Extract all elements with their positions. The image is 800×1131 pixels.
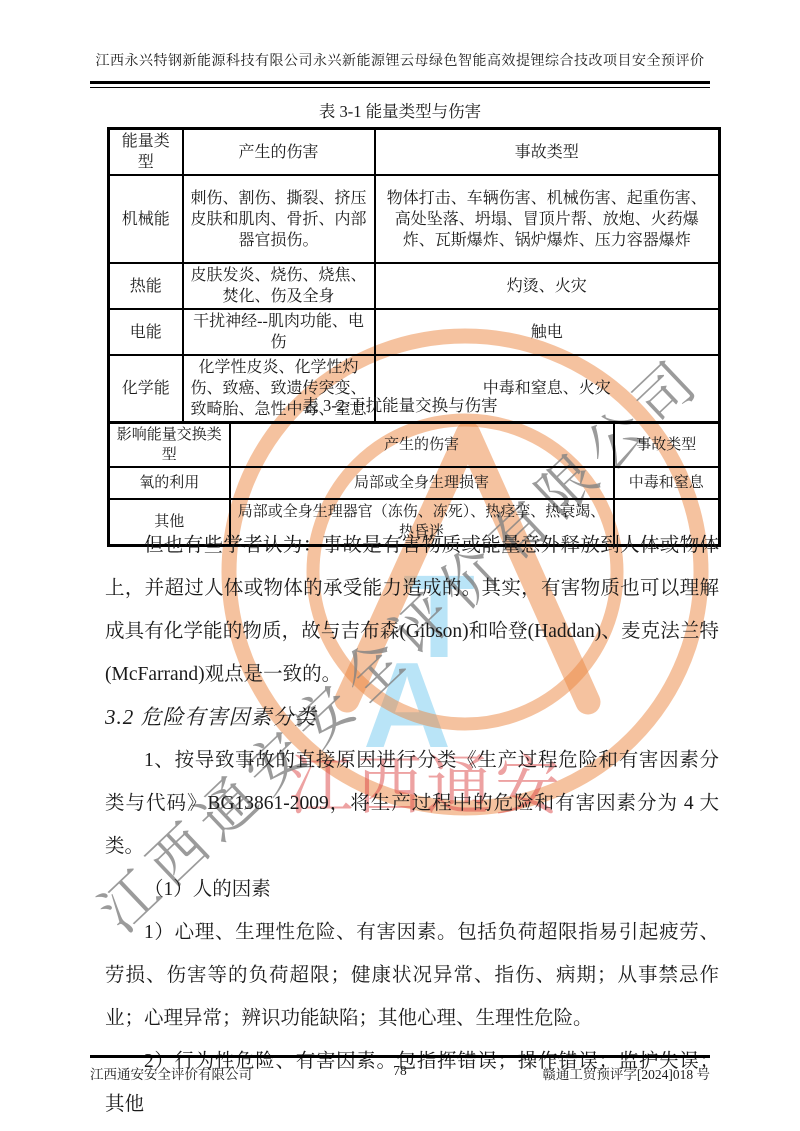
column-header: 事故类型 — [375, 129, 720, 176]
page-content: 江西永兴特钢新能源科技有限公司永兴新能源锂云母绿色智能高效提锂综合技改项目安全预… — [0, 0, 800, 1131]
table-row: 氧的利用 局部或全身生理损害 中毒和窒息 — [109, 467, 720, 499]
cell-injury: 局部或全身生理损害 — [230, 467, 614, 499]
table-header-row: 影响能量交换类型 产生的伤害 事故类型 — [109, 423, 720, 468]
paragraph: （1）人的因素 — [105, 868, 719, 911]
cell-injury: 皮肤发炎、烧伤、烧焦、焚化、伤及全身 — [183, 263, 375, 309]
paragraph: 1、按导致事故的直接原因进行分类《生产过程危险和有害因素分类与代码》BG1386… — [105, 739, 719, 868]
header-rule-thin — [90, 87, 710, 88]
column-header: 影响能量交换类型 — [109, 423, 230, 468]
table-row: 热能 皮肤发炎、烧伤、烧焦、焚化、伤及全身 灼烫、火灾 — [109, 263, 720, 309]
page-footer: 78 江西通安安全评价有限公司 赣通工贸预评字[2024]018 号 — [90, 1063, 710, 1083]
table-row: 电能 干扰神经--肌肉功能、电伤 触电 — [109, 309, 720, 355]
footer-company: 江西通安安全评价有限公司 — [90, 1063, 252, 1083]
section-heading-3-2: 3.2 危险有害因素分类 — [105, 696, 719, 739]
column-header: 事故类型 — [614, 423, 720, 468]
body-text-block: 但也有些学者认为：事故是有害物质或能量意外释放到人体或物体上，并超过人体或物体的… — [105, 524, 719, 1126]
column-header: 能量类型 — [109, 129, 183, 176]
page-header-title: 江西永兴特钢新能源科技有限公司永兴新能源锂云母绿色智能高效提锂综合技改项目安全预… — [90, 50, 710, 70]
table1-title: 表 3-1 能量类型与伤害 — [90, 98, 710, 122]
cell-energy-type: 热能 — [109, 263, 183, 309]
document-page: { "page": { "header_title": "江西永兴特钢新能源科技… — [0, 0, 800, 1131]
column-header: 产生的伤害 — [183, 129, 375, 176]
paragraph: 但也有些学者认为：事故是有害物质或能量意外释放到人体或物体上，并超过人体或物体的… — [105, 524, 719, 696]
cell-accident-type: 触电 — [375, 309, 720, 355]
paragraph: 2）行为性危险、有害因素。包指挥错误；操作错误；监护失误；其他 — [105, 1040, 719, 1126]
cell-accident-type: 灼烫、火灾 — [375, 263, 720, 309]
cell-accident-type: 中毒和窒息 — [614, 467, 720, 499]
header-rule-thick — [90, 81, 710, 84]
footer-doc-number: 赣通工贸预评字[2024]018 号 — [542, 1063, 710, 1083]
table-row: 机械能 刺伤、割伤、撕裂、挤压皮肤和肌肉、骨折、内部器官损伤。 物体打击、车辆伤… — [109, 175, 720, 263]
cell-injury: 干扰神经--肌肉功能、电伤 — [183, 309, 375, 355]
cell-energy-type: 电能 — [109, 309, 183, 355]
table-header-row: 能量类型 产生的伤害 事故类型 — [109, 129, 720, 176]
table-energy-types: 能量类型 产生的伤害 事故类型 机械能 刺伤、割伤、撕裂、挤压皮肤和肌肉、骨折、… — [107, 127, 721, 424]
cell-accident-type: 物体打击、车辆伤害、机械伤害、起重伤害、高处坠落、坍塌、冒顶片帮、放炮、火药爆炸… — [375, 175, 720, 263]
cell-energy-type: 机械能 — [109, 175, 183, 263]
footer-rule — [90, 1055, 710, 1058]
cell-injury: 刺伤、割伤、撕裂、挤压皮肤和肌肉、骨折、内部器官损伤。 — [183, 175, 375, 263]
cell-exchange-type: 氧的利用 — [109, 467, 230, 499]
table2-title: 表 3-2 干扰能量交换与伤害 — [90, 392, 710, 416]
column-header: 产生的伤害 — [230, 423, 614, 468]
paragraph: 1）心理、生理性危险、有害因素。包括负荷超限指易引起疲劳、劳损、伤害等的负荷超限… — [105, 911, 719, 1040]
